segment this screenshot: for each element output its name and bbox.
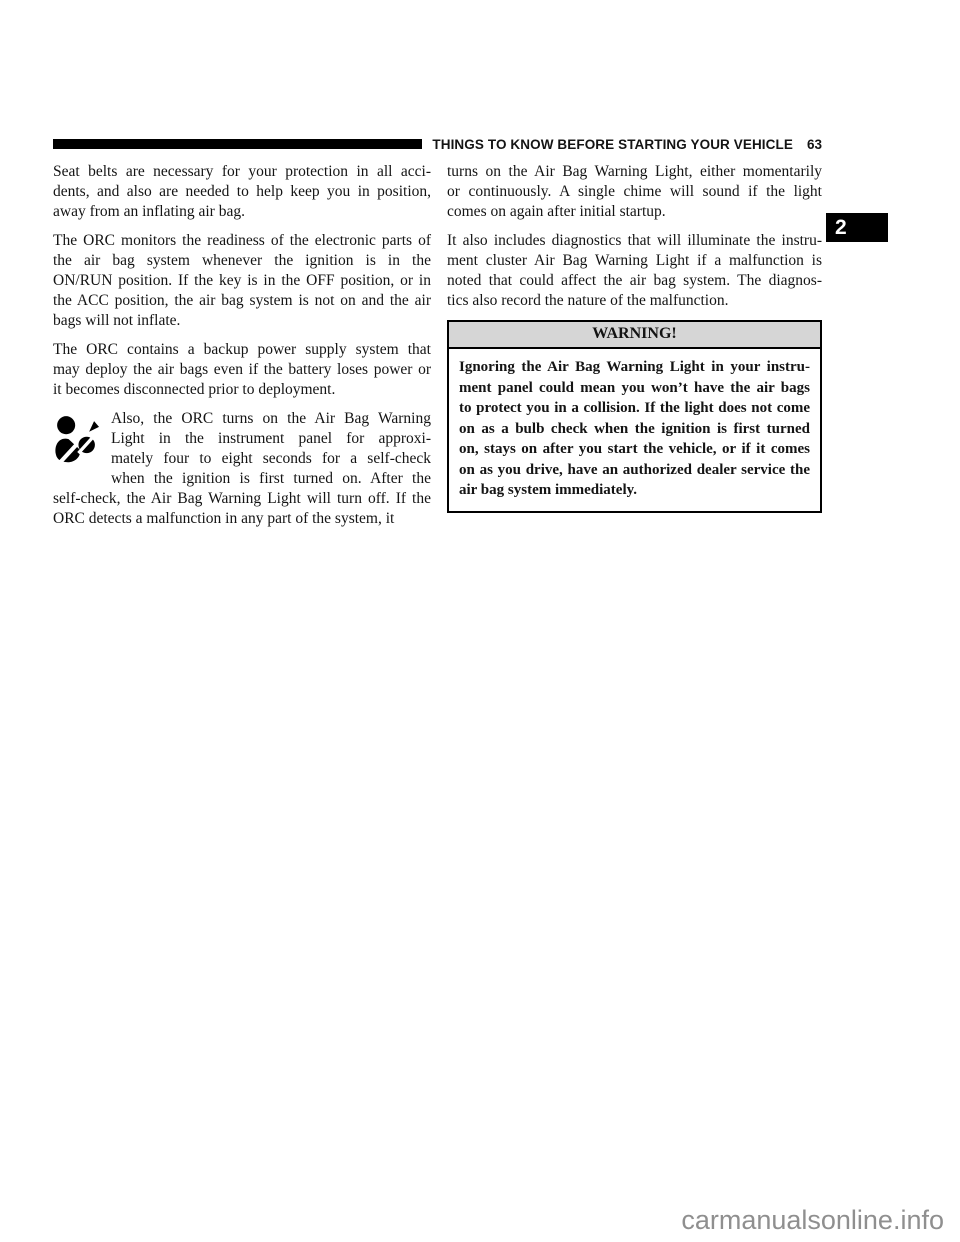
text-line: on as you drive, have an authorized deal… [459, 460, 810, 481]
text-line: it becomes disconnected prior to deploym… [53, 380, 431, 400]
airbag-warning-icon [53, 409, 111, 487]
text-line: bags will not inflate. [53, 311, 431, 331]
manual-page: THINGS TO KNOW BEFORE STARTING YOUR VEHI… [0, 0, 960, 1242]
text-line: on as a bulb check when the ignition is … [459, 419, 810, 440]
text-line: the ACC position, the air bag system is … [53, 291, 431, 311]
text-line: ON/RUN position. If the key is in the OF… [53, 271, 431, 291]
text-line: the air bag system whenever the ignition… [53, 251, 431, 271]
text-line: dents, and also are needed to help keep … [53, 182, 431, 202]
text-line: may deploy the air bags even if the batt… [53, 360, 431, 380]
text-line: It also includes diagnostics that will i… [447, 231, 822, 251]
text-line: noted that could affect the air bag syst… [447, 271, 822, 291]
text-line: self-check, the Air Bag Warning Light wi… [53, 489, 431, 509]
text-line: tics also record the nature of the malfu… [447, 291, 822, 311]
paragraph-orc-monitors: The ORC monitors the readiness of the el… [53, 231, 431, 331]
text-line: to protect you in a collision. If the li… [459, 398, 810, 419]
paragraph-warning-light: turns on the Air Bag Warning Light, eith… [447, 162, 822, 222]
header-rule [53, 139, 422, 149]
page-header: THINGS TO KNOW BEFORE STARTING YOUR VEHI… [53, 134, 822, 154]
text-line: ORC detects a malfunction in any part of… [53, 509, 431, 529]
text-line: ment panel could mean you won’t have the… [459, 378, 810, 399]
right-column: turns on the Air Bag Warning Light, eith… [447, 162, 822, 513]
watermark: carmanualsonline.info [681, 1205, 944, 1236]
text-line: turns on the Air Bag Warning Light, eith… [447, 162, 822, 182]
page-number: 63 [807, 137, 822, 152]
left-column: Seat belts are necessary for your protec… [53, 162, 431, 538]
text-line: Ignoring the Air Bag Warning Light in yo… [459, 357, 810, 378]
text-line: The ORC monitors the readiness of the el… [53, 231, 431, 251]
text-line: away from an inflating air bag. [53, 202, 431, 222]
text-line: on, stays on after you start the vehicle… [459, 439, 810, 460]
paragraph-airbag-selfcheck: Also, the ORC turns on the Air Bag Warni… [53, 409, 431, 529]
warning-body: Ignoring the Air Bag Warning Light in yo… [449, 349, 820, 511]
text-line: The ORC contains a backup power supply s… [53, 340, 431, 360]
warning-box: WARNING! Ignoring the Air Bag Warning Li… [447, 320, 822, 513]
paragraph-diagnostics: It also includes diagnostics that will i… [447, 231, 822, 311]
text-line: Seat belts are necessary for your protec… [53, 162, 431, 182]
paragraph-orc-backup: The ORC contains a backup power supply s… [53, 340, 431, 400]
warning-title: WARNING! [449, 322, 820, 349]
text-line: air bag system immediately. [459, 480, 810, 501]
text-line: ment cluster Air Bag Warning Light if a … [447, 251, 822, 271]
paragraph-seat-belts: Seat belts are necessary for your protec… [53, 162, 431, 222]
text-line: or continuously. A single chime will sou… [447, 182, 822, 202]
page-title: THINGS TO KNOW BEFORE STARTING YOUR VEHI… [432, 137, 793, 152]
chapter-tab: 2 [826, 213, 888, 242]
text-line: comes on again after initial startup. [447, 202, 822, 222]
